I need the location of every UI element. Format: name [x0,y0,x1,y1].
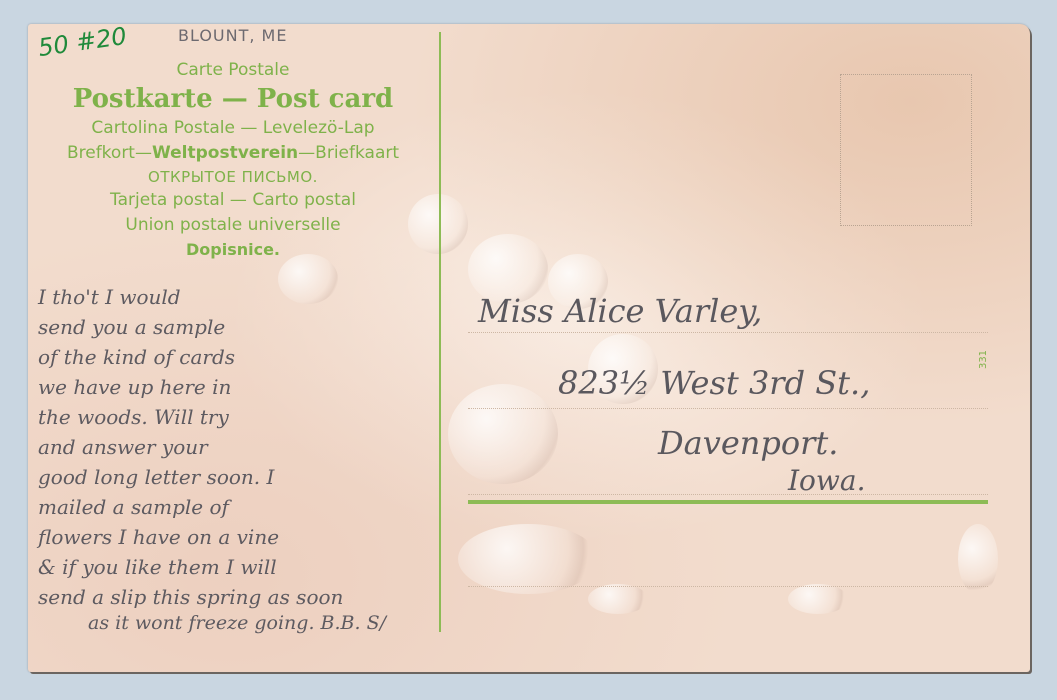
header-line-7: Union postale universelle [28,215,438,235]
recipient-city: Davenport. [658,424,838,462]
header-line-5: ОТКРЫТОЕ ПИСЬМО. [28,168,438,186]
recipient-name: Miss Alice Varley, [478,292,762,330]
address-rule [468,494,988,495]
recipient-street: 823½ West 3rd St., [558,364,870,402]
message-line: of the kind of cards [38,342,448,372]
embossed-flower-decoration [958,524,998,594]
header-line-2: Postkarte — Post card [28,84,438,114]
address-rule [468,586,988,587]
recipient-state: Iowa. [788,464,865,497]
header-line-6: Tarjeta postal — Carto postal [28,190,438,210]
message-line: and answer your [38,432,448,462]
embossed-flower-decoration [588,584,648,614]
header-line-3: Cartolina Postale — Levelezö-Lap [28,118,438,138]
message-line: send you a sample [38,312,448,342]
header-line-4-right: —Briefkaart [298,143,399,163]
address-rule [468,408,988,409]
handwritten-message: I tho't I would send you a sample of the… [38,282,448,634]
message-line: good long letter soon. I [38,462,448,492]
message-line: flowers I have on a vine [38,522,448,552]
embossed-flower-decoration [458,524,598,594]
location-note: BLOUNT, ME [178,26,287,45]
address-underline [468,500,988,504]
message-line: I tho't I would [38,282,448,312]
message-line: we have up here in [38,372,448,402]
message-closing: as it wont freeze going. B.B. S/ [38,612,448,634]
message-line: send a slip this spring as soon [38,582,448,612]
address-rule [468,332,988,333]
header-line-4: Brefkort—Weltpostverein—Briefkaart [28,143,438,163]
serial-number: 331 [978,350,989,369]
message-line: & if you like them I will [38,552,448,582]
embossed-flower-decoration [788,584,848,614]
message-line: mailed a sample of [38,492,448,522]
header-line-4-left: Brefkort— [67,143,152,163]
header-line-1: Carte Postale [28,60,438,80]
stamp-box [840,74,972,226]
header-line-4-bold: Weltpostverein [152,143,298,163]
message-line: the woods. Will try [38,402,448,432]
postcard: 50 #20 BLOUNT, ME Carte Postale Postkart… [28,24,1030,672]
header-line-8: Dopisnice. [28,240,438,259]
inventory-number: 50 #20 [36,24,128,62]
embossed-flower-decoration [448,384,558,484]
